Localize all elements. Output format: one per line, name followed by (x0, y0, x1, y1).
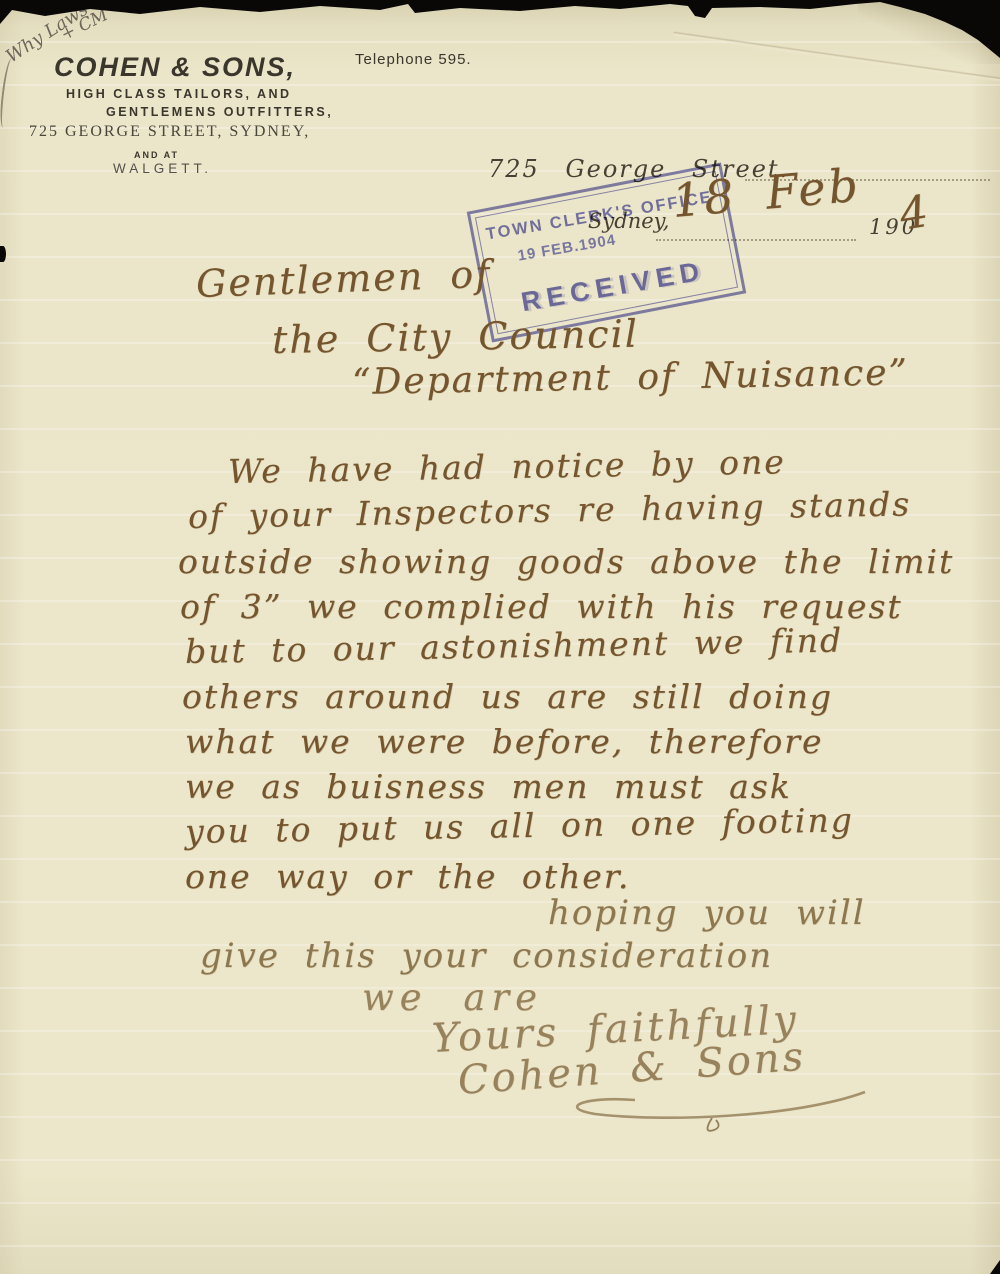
body-line: of your Inspectors re having stands (188, 484, 912, 536)
letterhead-tagline-2: GENTLEMENS OUTFITTERS, (106, 105, 333, 119)
salutation-line-3: “Department of Nuisance” (352, 352, 910, 403)
body-line: you to put us all on one footing (185, 800, 854, 851)
body-line: one way or the other. (185, 857, 630, 896)
edge-nick (0, 246, 6, 262)
body-line: We have had notice by one (228, 442, 786, 491)
scanned-letter: Why Laws + CM COHEN & SONS, HIGH CLASS T… (0, 0, 1000, 1274)
salutation-line-1: Gentlemen of (195, 252, 492, 306)
closing-line-1: hoping you will (548, 893, 866, 933)
letterhead-telephone: Telephone 595. (355, 51, 472, 68)
signature-flourish (540, 1086, 880, 1136)
body-line: we as buisness men must ask (185, 767, 792, 806)
salutation-line-2: the City Council (272, 312, 640, 362)
corner-fold (858, 2, 1000, 64)
letterhead-tagline-1: HIGH CLASS TAILORS, AND (66, 87, 292, 101)
closing-line-2: give this your consideration (200, 936, 773, 976)
letterhead-address: 725 GEORGE STREET, SYDNEY, (29, 123, 310, 141)
letterhead-and-at: AND AT (134, 150, 179, 160)
paper: Why Laws + CM COHEN & SONS, HIGH CLASS T… (0, 0, 1000, 1274)
pencil-stroke (0, 58, 17, 129)
body-line: others around us are still doing (182, 677, 833, 716)
letterhead-branch: WALGETT. (113, 161, 212, 176)
body-line: but to our astonishment we find (185, 621, 844, 671)
body-line: of 3” we complied with his request (180, 587, 903, 626)
body-line: what we were before, therefore (185, 722, 824, 761)
body-line: outside showing goods above the limit (178, 542, 954, 581)
letterhead-company-name: COHEN & SONS, (54, 52, 296, 83)
